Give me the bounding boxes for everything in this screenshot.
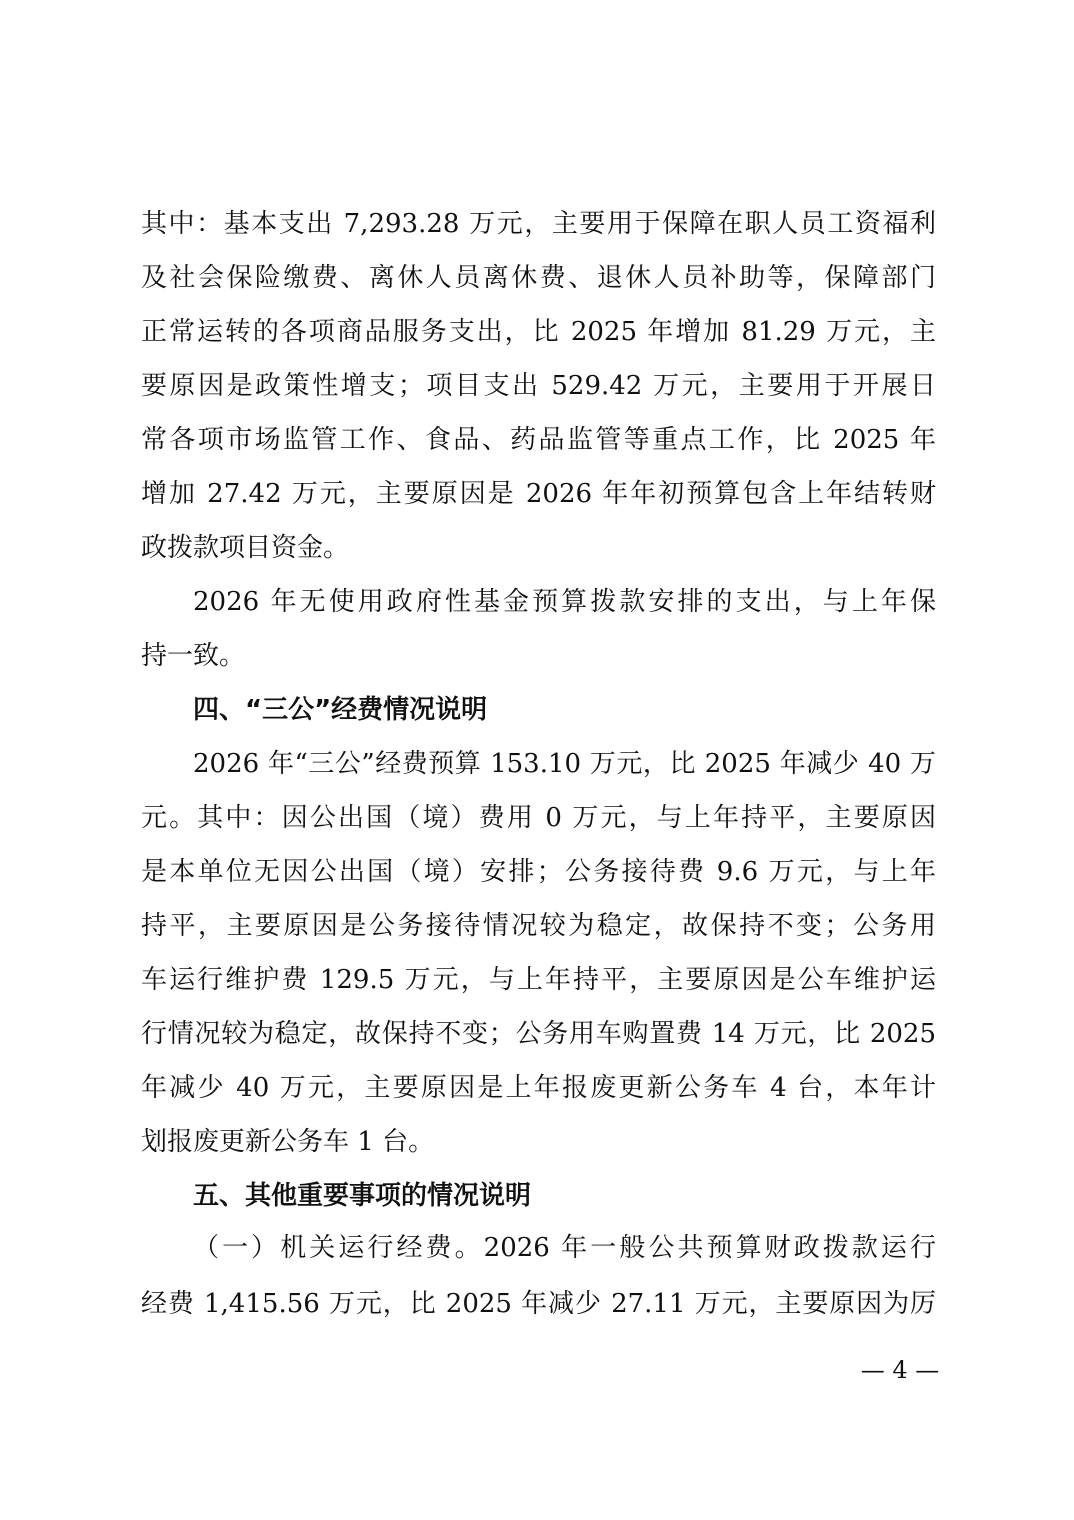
body-text-line: 持一致。: [141, 636, 936, 676]
body-text-line: 政拨款项目资金。: [141, 528, 936, 568]
body-text-line: 2026 年无使用政府性基金预算拨款安排的支出，与上年保: [193, 582, 936, 622]
body-text-line: 行情况较为稳定，故保持不变；公务用车购置费 14 万元，比 2025: [141, 1014, 936, 1054]
section-heading-four: 四、“三公”经费情况说明: [193, 690, 936, 730]
body-text-line: 是本单位无因公出国（境）安排；公务接待费 9.6 万元，与上年: [141, 852, 936, 892]
body-text-line: 常各项市场监管工作、食品、药品监管等重点工作，比 2025 年: [141, 420, 936, 460]
body-text-line: 要原因是政策性增支；项目支出 529.42 万元，主要用于开展日: [141, 366, 936, 406]
body-text-line: 车运行维护费 129.5 万元，与上年持平，主要原因是公车维护运: [141, 960, 936, 1000]
body-text-line: 其中：基本支出 7,293.28 万元，主要用于保障在职人员工资福利: [141, 204, 936, 244]
body-text-line: 增加 27.42 万元，主要原因是 2026 年年初预算包含上年结转财: [141, 474, 936, 514]
body-text-line: 持平，主要原因是公务接待情况较为稳定，故保持不变；公务用: [141, 906, 936, 946]
section-heading-five: 五、其他重要事项的情况说明: [193, 1176, 936, 1216]
document-page: 其中：基本支出 7,293.28 万元，主要用于保障在职人员工资福利 及社会保险…: [0, 0, 1074, 1520]
body-text-line: （一）机关运行经费。2026 年一般公共预算财政拨款运行: [193, 1228, 936, 1268]
body-text-line: 经费 1,415.56 万元，比 2025 年减少 27.11 万元，主要原因为…: [141, 1284, 936, 1324]
body-text-line: 年减少 40 万元，主要原因是上年报废更新公务车 4 台，本年计: [141, 1068, 936, 1108]
body-text-line: 2026 年“三公”经费预算 153.10 万元，比 2025 年减少 40 万: [193, 744, 936, 784]
body-text-line: 正常运转的各项商品服务支出，比 2025 年增加 81.29 万元，主: [141, 312, 936, 352]
body-text-line: 及社会保险缴费、离休人员离休费、退休人员补助等，保障部门: [141, 258, 936, 298]
page-number: — 4 —: [860, 1350, 940, 1390]
body-text-line: 划报废更新公务车 1 台。: [141, 1122, 936, 1162]
body-text-line: 元。其中：因公出国（境）费用 0 万元，与上年持平，主要原因: [141, 798, 936, 838]
